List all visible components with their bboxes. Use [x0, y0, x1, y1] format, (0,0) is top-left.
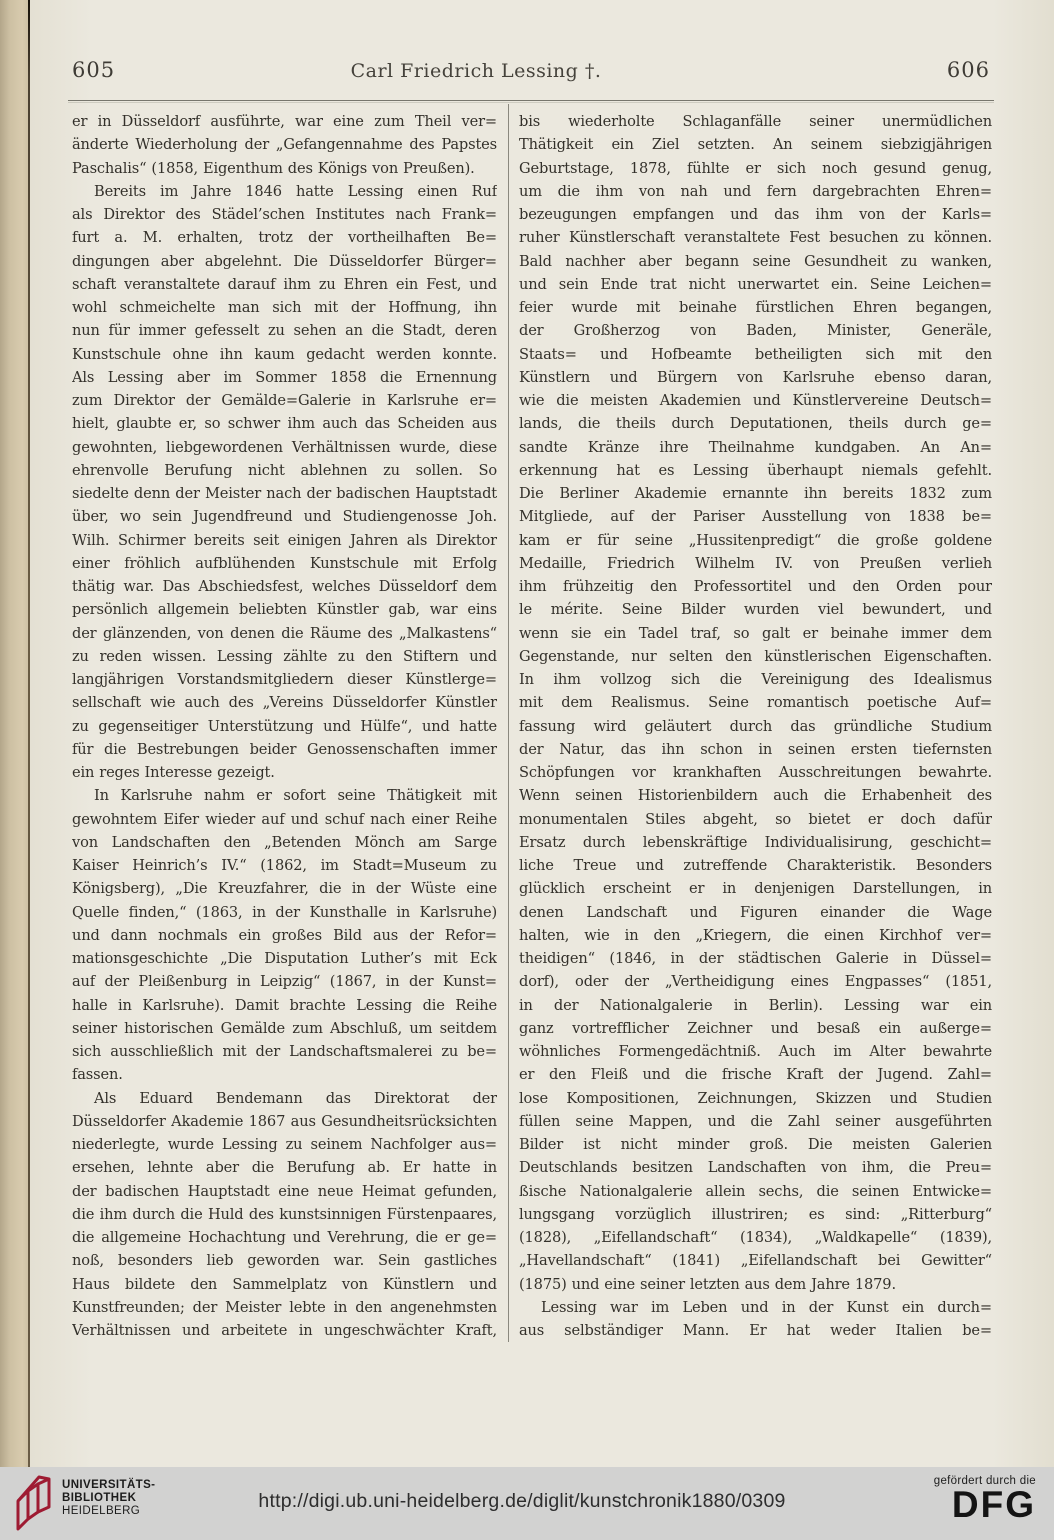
text-line: glücklich erscheint er in denjenigen Dar… — [519, 877, 992, 900]
text-line: bis wiederholte Schlaganfälle seiner une… — [519, 110, 992, 133]
text-line: wohl schmeichelte man sich mit der Hoffn… — [72, 296, 497, 319]
text-line: der Natur, das ihn schon in seinen erste… — [519, 738, 992, 761]
text-line: nun für immer gefesselt zu sehen an die … — [72, 319, 497, 342]
text-line: Geburtstage, 1878, fühlte er sich noch g… — [519, 157, 992, 180]
text-line: der glänzenden, von denen die Räume des … — [72, 622, 497, 645]
text-line: theidigen“ (1846, in der städtischen Gal… — [519, 947, 992, 970]
text-line: er den Fleiß und die frische Kraft der J… — [519, 1063, 992, 1086]
text-line: lungsgang vorzüglich illustriren; es sin… — [519, 1203, 992, 1226]
text-line: änderte Wiederholung der „Gefangennahme … — [72, 133, 497, 156]
funding-block: gefördert durch die DFG — [934, 1475, 1036, 1522]
dfg-logo: DFG — [934, 1488, 1036, 1522]
text-line: dorf), oder der „Vertheidigung eines Eng… — [519, 970, 992, 993]
text-line: seiner historischen Gemälde zum Abschluß… — [72, 1017, 497, 1040]
text-columns: er in Düsseldorf ausführte, war eine zum… — [72, 110, 992, 1346]
text-line: wenn sie ein Tadel traf, so galt er bein… — [519, 622, 992, 645]
text-line: ein reges Interesse gezeigt. — [72, 761, 497, 784]
text-line: bezeugungen empfangen und das ihm von de… — [519, 203, 992, 226]
text-line: und dann nochmals ein großes Bild aus de… — [72, 924, 497, 947]
running-title: Carl Friedrich Lessing †. — [16, 60, 936, 82]
text-line: hielt, glaubte er, so schwer ihm auch da… — [72, 412, 497, 435]
digitization-url: http://digi.ub.uni-heidelberg.de/diglit/… — [0, 1490, 1049, 1513]
right-text-column: bis wiederholte Schlaganfälle seiner une… — [519, 110, 992, 1346]
page-header: 605 Carl Friedrich Lessing †. 606 — [72, 58, 992, 92]
text-line: Königsberg), „Die Kreuzfahrer, die in de… — [72, 877, 497, 900]
text-line: Ersatz durch lebenskräftige Individualis… — [519, 831, 992, 854]
text-line: In ihm vollzog sich die Vereinigung des … — [519, 668, 992, 691]
text-line: von Landschaften den „Betenden Mönch am … — [72, 831, 497, 854]
text-line: zum Direktor der Gemälde=Galerie in Karl… — [72, 389, 497, 412]
text-line: thätig war. Das Abschiedsfest, welches D… — [72, 575, 497, 598]
text-line: schaft veranstaltete darauf ihm zu Ehren… — [72, 273, 497, 296]
text-line: liche Treue und zutreffende Charakterist… — [519, 854, 992, 877]
text-line: lands, die theils durch Deputationen, th… — [519, 412, 992, 435]
text-line: ruher Künstlerschaft veranstaltete Fest … — [519, 226, 992, 249]
scanned-page: 605 Carl Friedrich Lessing †. 606 er in … — [0, 0, 1054, 1540]
text-line: Haus bildete den Sammelplatz von Künstle… — [72, 1273, 497, 1296]
text-line: mationsgeschichte „Die Disputation Luthe… — [72, 947, 497, 970]
text-line: ganz vortrefflicher Zeichner und besaß e… — [519, 1017, 992, 1040]
text-line: als Direktor des Städel’schen Institutes… — [72, 203, 497, 226]
text-line: der Großherzog von Baden, Minister, Gene… — [519, 319, 992, 342]
text-line: zu reden wissen. Lessing zählte zu den S… — [72, 645, 497, 668]
text-line: siedelte denn der Meister nach der badis… — [72, 482, 497, 505]
text-line: Bereits im Jahre 1846 hatte Lessing eine… — [72, 180, 497, 203]
text-line: Wilh. Schirmer bereits seit einigen Jahr… — [72, 529, 497, 552]
text-line: Medaille, Friedrich Wilhelm IV. von Preu… — [519, 552, 992, 575]
text-line: dingungen aber abgelehnt. Die Düsseldorf… — [72, 250, 497, 273]
text-line: Staats= und Hofbeamte betheiligten sich … — [519, 343, 992, 366]
text-line: gewohntem Eifer wieder auf und schuf nac… — [72, 808, 497, 831]
text-line: die allgemeine Hochachtung und Verehrung… — [72, 1226, 497, 1249]
text-line: Bilder ist nicht minder groß. Die meiste… — [519, 1133, 992, 1156]
text-line: le mérite. Seine Bilder wurden viel bewu… — [519, 598, 992, 621]
text-line: sich ausschließlich mit der Landschaftsm… — [72, 1040, 497, 1063]
text-line: Verhältnissen und arbeitete in ungeschwä… — [72, 1319, 497, 1342]
text-line: niederlegte, wurde Lessing zu seinem Nac… — [72, 1133, 497, 1156]
text-line: Die Berliner Akademie ernannte ihn berei… — [519, 482, 992, 505]
text-line: der badischen Hauptstadt eine neue Heima… — [72, 1180, 497, 1203]
text-line: Kaiser Heinrich’s IV.“ (1862, im Stadt=M… — [72, 854, 497, 877]
text-line: auf der Pleißenburg in Leipzig“ (1867, i… — [72, 970, 497, 993]
text-line: lose Kompositionen, Zeichnungen, Skizzen… — [519, 1087, 992, 1110]
text-line: (1828), „Eifellandschaft“ (1834), „Waldk… — [519, 1226, 992, 1249]
text-line: halle in Karlsruhe). Damit brachte Lessi… — [72, 994, 497, 1017]
book-page-edge — [0, 0, 28, 1540]
text-line: gewohnten, liebgewordenen Verhältnissen … — [72, 436, 497, 459]
text-line: ersehen, lehnte aber die Berufung ab. Er… — [72, 1156, 497, 1179]
page-number-right: 606 — [947, 58, 990, 82]
text-line: kam er für seine „Hussitenpredigt“ die g… — [519, 529, 992, 552]
text-line: wie die meisten Akademien und Künstlerve… — [519, 389, 992, 412]
text-line: sandte Kränze ihre Theilnahme kundgaben.… — [519, 436, 992, 459]
column-divider — [508, 104, 509, 1342]
text-line: die ihm durch die Huld des kunstsinnigen… — [72, 1203, 497, 1226]
text-line: ßische Nationalgalerie allein sechs, die… — [519, 1180, 992, 1203]
text-line: Schöpfungen vor krankhaften Ausschreitun… — [519, 761, 992, 784]
text-line: feier wurde mit beinahe fürstlichen Ehre… — [519, 296, 992, 319]
text-line: über, wo sein Jugendfreund und Studienge… — [72, 505, 497, 528]
text-line: Bald nachher aber begann seine Gesundhei… — [519, 250, 992, 273]
text-line: sellschaft wie auch des „Vereins Düsseld… — [72, 691, 497, 714]
text-line: Lessing war im Leben und in der Kunst ei… — [519, 1296, 992, 1319]
text-line: Paschalis“ (1858, Eigenthum des Königs v… — [72, 157, 497, 180]
library-footer-bar: UNIVERSITÄTS- BIBLIOTHEK HEIDELBERG http… — [0, 1467, 1054, 1540]
text-line: einer fröhlich aufblühenden Kunstschule … — [72, 552, 497, 575]
text-line: Kunstschule ohne ihn kaum gedacht werden… — [72, 343, 497, 366]
text-line: für die Bestrebungen beider Genossenscha… — [72, 738, 497, 761]
text-line: Wenn seinen Historienbildern auch die Er… — [519, 784, 992, 807]
text-line: und sein Ende trat nicht unerwartet ein.… — [519, 273, 992, 296]
text-line: erkennung hat es Lessing überhaupt niema… — [519, 459, 992, 482]
text-line: Mitgliede, auf der Pariser Ausstellung v… — [519, 505, 992, 528]
header-rule — [68, 100, 994, 101]
text-line: (1875) und eine seiner letzten aus dem J… — [519, 1273, 992, 1296]
text-line: Kunstfreunden; der Meister lebte in den … — [72, 1296, 497, 1319]
text-line: monumentalen Stiles abgeht, so bietet er… — [519, 808, 992, 831]
text-line: furt a. M. erhalten, trotz der vortheilh… — [72, 226, 497, 249]
text-line: um die ihm von nah und fern dargebrachte… — [519, 180, 992, 203]
text-line: wöhnliches Formengedächtniß. Auch im Alt… — [519, 1040, 992, 1063]
text-line: er in Düsseldorf ausführte, war eine zum… — [72, 110, 497, 133]
text-line: persönlich allgemein beliebten Künstler … — [72, 598, 497, 621]
text-line: ehrenvolle Berufung nicht ablehnen zu so… — [72, 459, 497, 482]
text-line: zu gegenseitiger Unterstützung und Hülfe… — [72, 715, 497, 738]
text-line: Thätigkeit ein Ziel setzten. An seinem s… — [519, 133, 992, 156]
text-line: fassen. — [72, 1063, 497, 1086]
text-line: halten, wie in den „Kriegern, die einen … — [519, 924, 992, 947]
text-line: Gegenstande, nur selten den künstlerisch… — [519, 645, 992, 668]
text-line: In Karlsruhe nahm er sofort seine Thätig… — [72, 784, 497, 807]
left-text-column: er in Düsseldorf ausführte, war eine zum… — [72, 110, 497, 1346]
text-line: aus selbständiger Mann. Er hat weder Ita… — [519, 1319, 992, 1342]
text-line: Deutschlands besitzen Landschaften von i… — [519, 1156, 992, 1179]
text-line: Düsseldorfer Akademie 1867 aus Gesundhei… — [72, 1110, 497, 1133]
text-line: Als Eduard Bendemann das Direktorat der — [72, 1087, 497, 1110]
text-line: langjährigen Vorstandsmitgliedern dieser… — [72, 668, 497, 691]
text-line: Künstlern und Bürgern von Karlsruhe eben… — [519, 366, 992, 389]
text-line: denen Landschaft und Figuren einander di… — [519, 901, 992, 924]
text-line: fassung wird geläutert durch das gründli… — [519, 715, 992, 738]
text-line: Als Lessing aber im Sommer 1858 die Erne… — [72, 366, 497, 389]
text-line: noß, besonders lieb geworden war. Sein g… — [72, 1249, 497, 1272]
text-line: „Havellandschaft“ (1841) „Eifellandschaf… — [519, 1249, 992, 1272]
text-line: Quelle finden,“ (1863, in der Kunsthalle… — [72, 901, 497, 924]
text-line: in der Nationalgalerie in Berlin). Lessi… — [519, 994, 992, 1017]
text-line: ihm frühzeitig den Professortitel und de… — [519, 575, 992, 598]
text-line: mit dem Realismus. Seine romantisch poet… — [519, 691, 992, 714]
text-line: füllen seine Mappen, und die Zahl seiner… — [519, 1110, 992, 1133]
